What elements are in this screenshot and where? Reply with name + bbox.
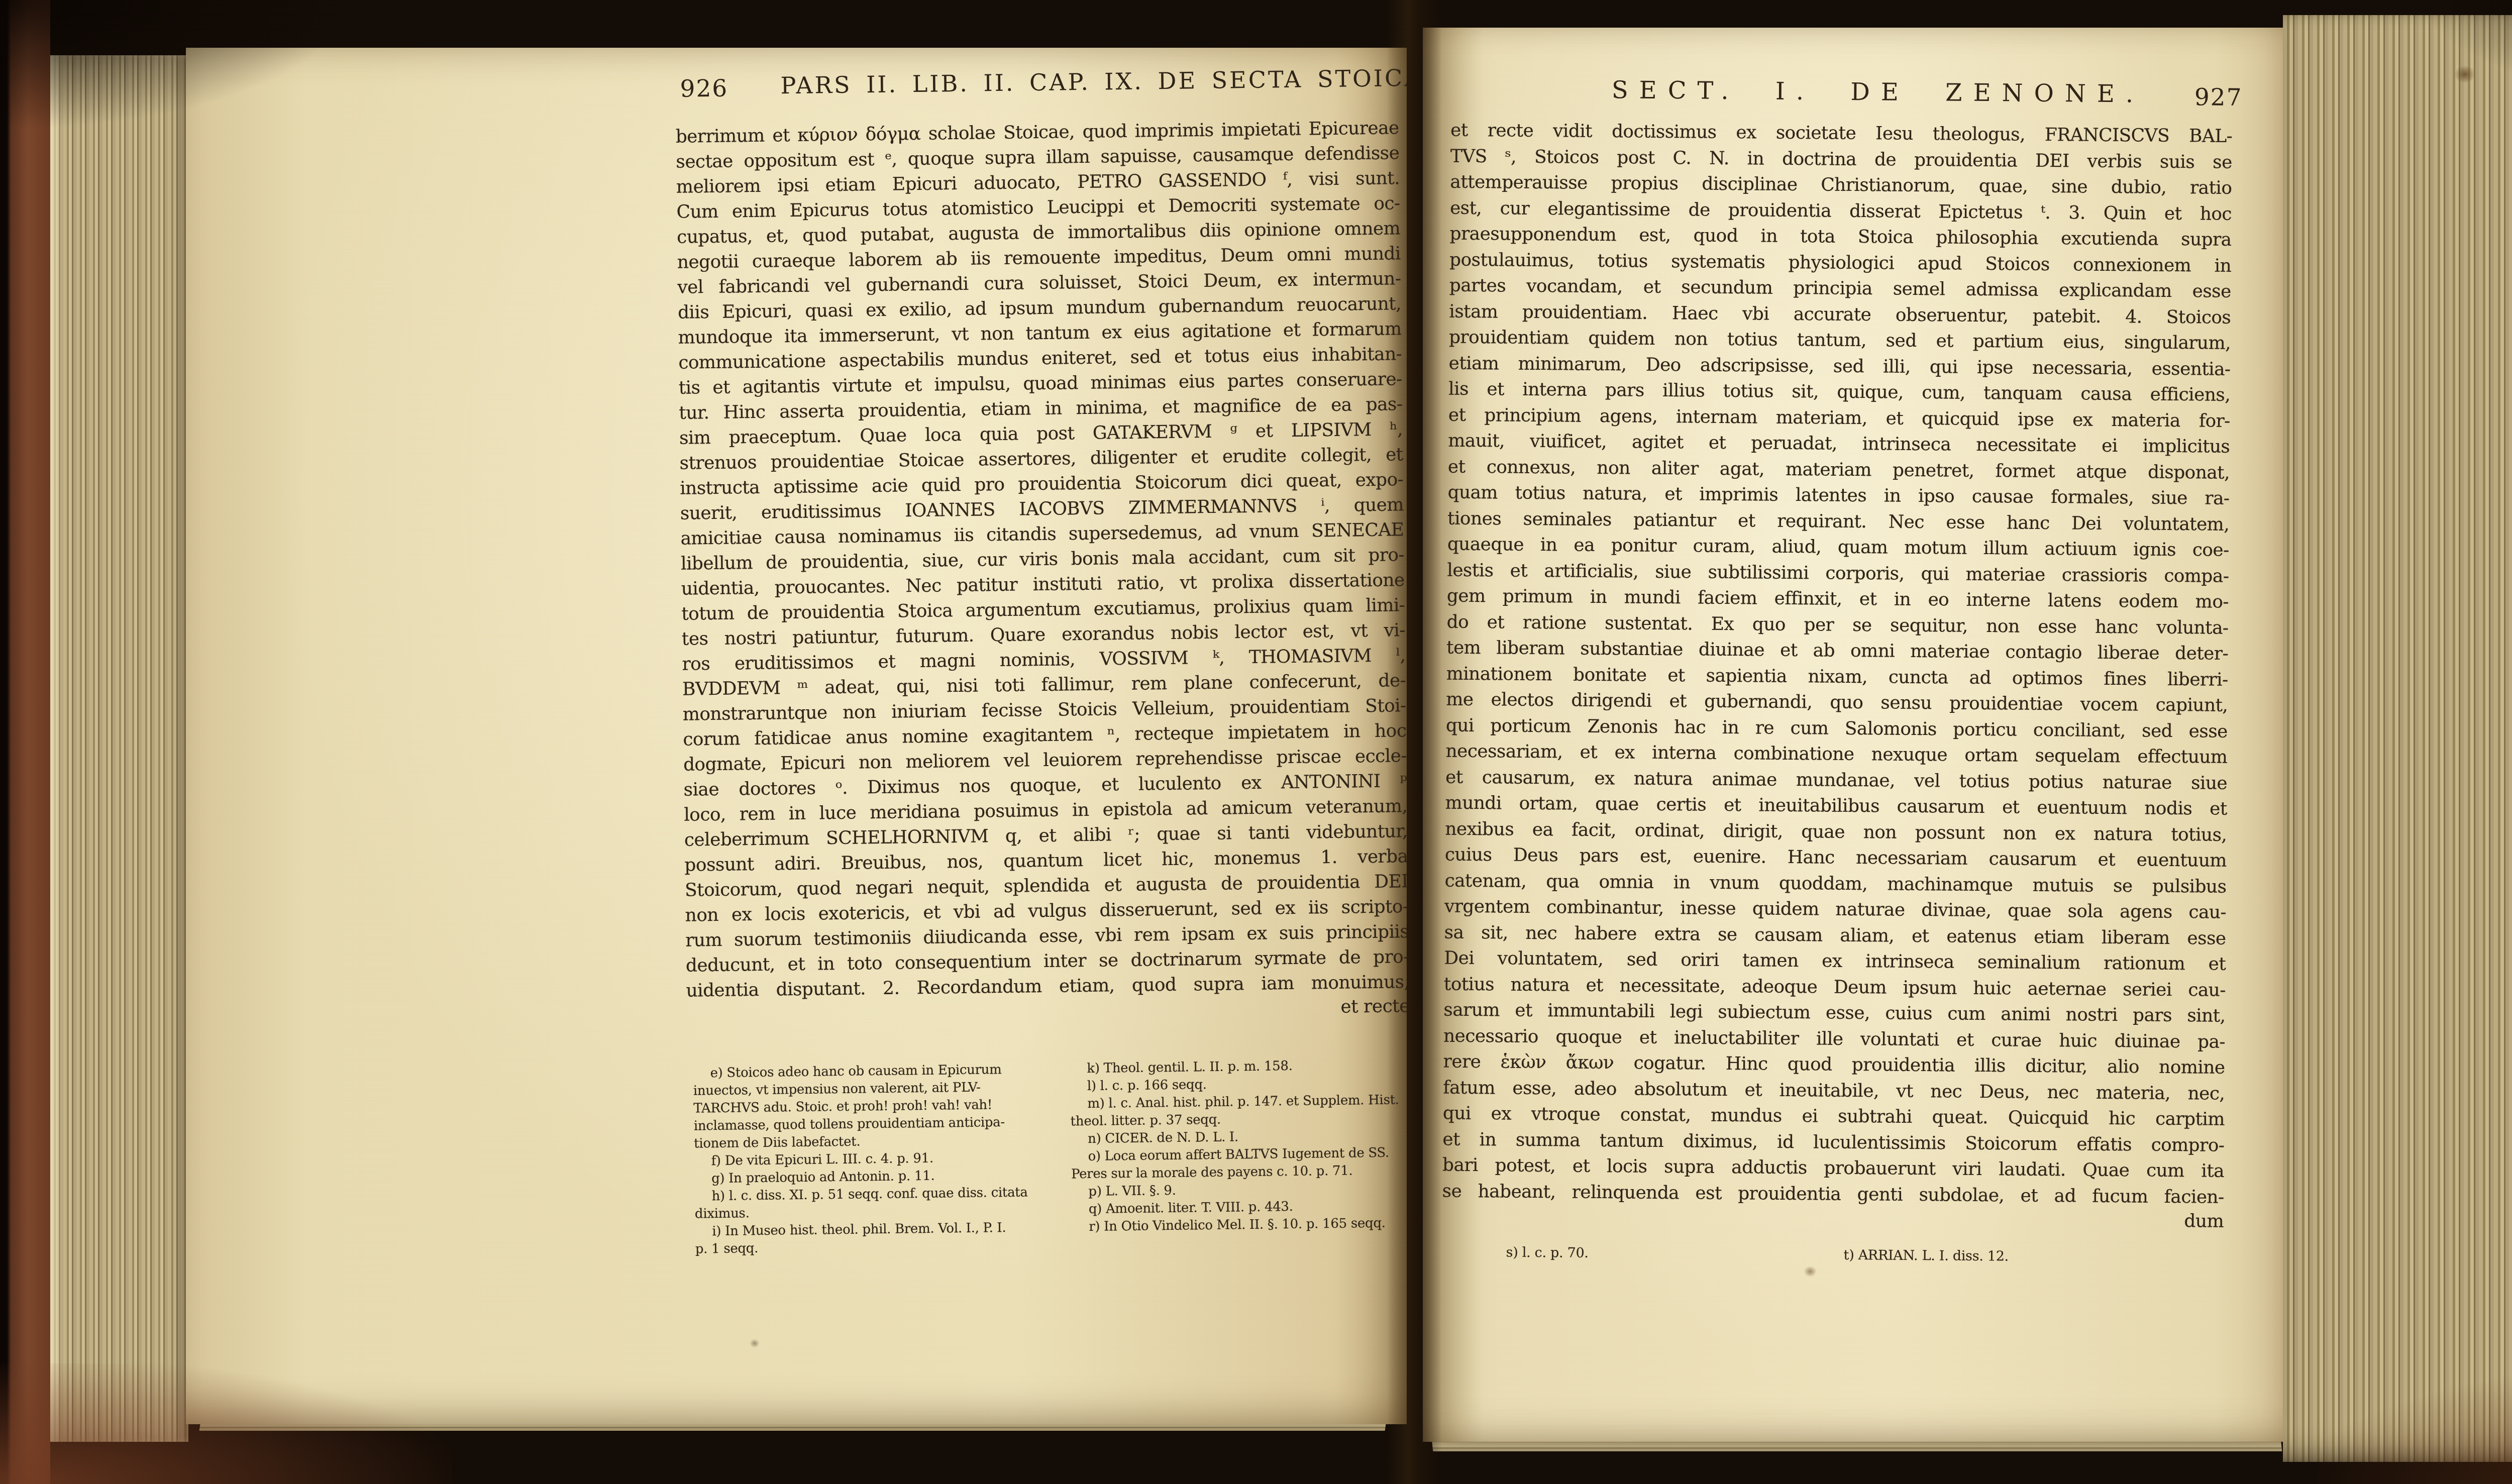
right-page-number: 927 — [2194, 83, 2243, 112]
left-page-content: 926 PARS II. LIB. II. CAP. IX. DE SECTA … — [186, 48, 1407, 1424]
left-running-header: 926 PARS II. LIB. II. CAP. IX. DE SECTA … — [186, 64, 1401, 115]
right-page-body: et recte vidit doctissimus ex societate … — [1442, 118, 2232, 1210]
footnote-line: r) In Otio Vindelico Mel. II. §. 10. p. … — [1072, 1214, 1407, 1236]
book-gutter-shadow — [1387, 0, 1442, 1484]
page-edges-right — [2283, 15, 2512, 1462]
book-cover-left — [0, 0, 50, 1484]
book-photo: 926 PARS II. LIB. II. CAP. IX. DE SECTA … — [0, 0, 2512, 1484]
footnote-t: t) ARRIAN. L. I. diss. 12. — [1844, 1247, 2009, 1264]
right-footnotes-row: s) l. c. p. 70. t) ARRIAN. L. I. diss. 1… — [1441, 1244, 2223, 1270]
right-page-content: SECT. I. DE ZENONE. 927 et recte vidit d… — [1423, 28, 2283, 1442]
footnote-line: p. 1 seqq. — [695, 1236, 1050, 1258]
left-header-text: PARS II. LIB. II. CAP. IX. DE SECTA STOI… — [780, 64, 1407, 99]
left-page: 926 PARS II. LIB. II. CAP. IX. DE SECTA … — [186, 48, 1407, 1424]
right-page: SECT. I. DE ZENONE. 927 et recte vidit d… — [1423, 28, 2283, 1442]
left-page-body: berrimum et κύριον δόγμα scholae Stoicae… — [675, 116, 1407, 1003]
page-edges-left — [50, 55, 188, 1442]
right-header-text: SECT. I. DE ZENONE. — [1612, 76, 2145, 108]
left-footnotes-column-1: e) Stoicos adeo hanc ob causam in Epicur… — [693, 1061, 1050, 1258]
left-page-number: 926 — [680, 75, 728, 103]
footnote-s: s) l. c. p. 70. — [1506, 1245, 1589, 1261]
left-footnotes-column-2: k) Theol. gentil. L. II. p. m. 158.l) l.… — [1070, 1056, 1407, 1236]
right-running-header: SECT. I. DE ZENONE. 927 — [1427, 74, 2283, 116]
